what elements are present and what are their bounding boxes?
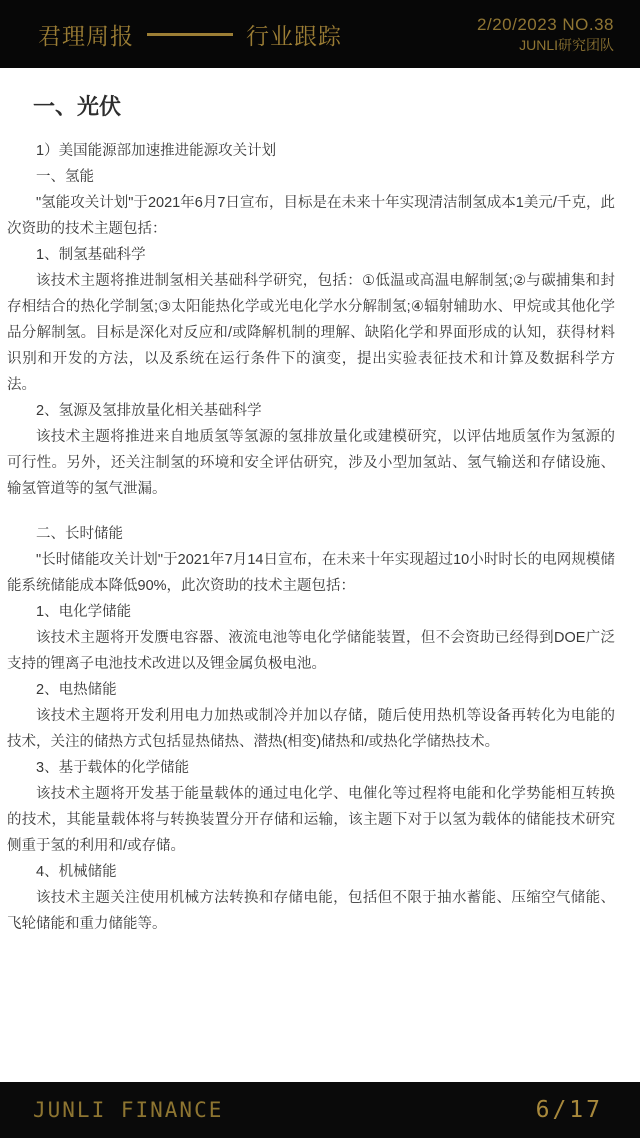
page-number: 6/17 [536, 1097, 603, 1123]
paragraph-list: 1）美国能源部加速推进能源攻关计划一、氢能"氢能攻关计划"于2021年6月7日宣… [7, 138, 615, 937]
title-dash [147, 33, 233, 36]
paragraph: 4、机械储能 [7, 859, 615, 885]
issue-block: 2/20/2023 NO.38 JUNLI研究团队 [477, 14, 614, 55]
paragraph: 该技术主题将推进制氢相关基础科学研究，包括：①低温或高温电解制氢;②与碳捕集和封… [7, 268, 615, 398]
report-page: 君理周报 行业跟踪 2/20/2023 NO.38 JUNLI研究团队 一、光伏… [0, 0, 640, 1138]
paragraph: 2、氢源及氢排放量化相关基础科学 [7, 398, 615, 424]
issue-date-number: 2/20/2023 NO.38 [477, 14, 614, 35]
paragraph: 3、基于载体的化学储能 [7, 755, 615, 781]
paragraph: 该技术主题将开发基于能量载体的通过电化学、电催化等过程将电能和化学势能相互转换的… [7, 781, 615, 859]
brand-wordmark: JUNLI FINANCE [33, 1098, 223, 1122]
paragraph-spacer [7, 502, 615, 521]
paragraph: 该技术主题将推进来自地质氢等氢源的氢排放量化或建模研究，以评估地质氢作为氢源的可… [7, 424, 615, 502]
research-team-label: JUNLI研究团队 [477, 37, 614, 55]
report-title-left: 君理周报 [38, 18, 134, 51]
paragraph: 一、氢能 [7, 164, 615, 190]
paragraph: 1）美国能源部加速推进能源攻关计划 [7, 138, 615, 164]
paragraph: "氢能攻关计划"于2021年6月7日宣布，目标是在未来十年实现清洁制氢成本1美元… [7, 190, 615, 242]
paragraph: 2、电热储能 [7, 677, 615, 703]
paragraph: "长时储能攻关计划"于2021年7月14日宣布，在未来十年实现超过10小时时长的… [7, 547, 615, 599]
paragraph: 该技术主题将开发利用电力加热或制冷并加以存储，随后使用热机等设备再转化为电能的技… [7, 703, 615, 755]
section-title: 一、光伏 [33, 94, 615, 120]
paragraph: 1、制氢基础科学 [7, 242, 615, 268]
paragraph: 该技术主题关注使用机械方法转换和存储电能，包括但不限于抽水蓄能、压缩空气储能、飞… [7, 885, 615, 937]
paragraph: 该技术主题将开发赝电容器、液流电池等电化学储能装置，但不会资助已经得到DOE广泛… [7, 625, 615, 677]
document-body: 一、光伏 1）美国能源部加速推进能源攻关计划一、氢能"氢能攻关计划"于2021年… [0, 68, 640, 937]
report-title: 君理周报 行业跟踪 [38, 18, 342, 51]
paragraph: 1、电化学储能 [7, 599, 615, 625]
report-footer: JUNLI FINANCE 6/17 [0, 1082, 640, 1138]
report-header: 君理周报 行业跟踪 2/20/2023 NO.38 JUNLI研究团队 [0, 0, 640, 68]
paragraph: 二、长时储能 [7, 521, 615, 547]
report-title-right: 行业跟踪 [246, 18, 342, 51]
